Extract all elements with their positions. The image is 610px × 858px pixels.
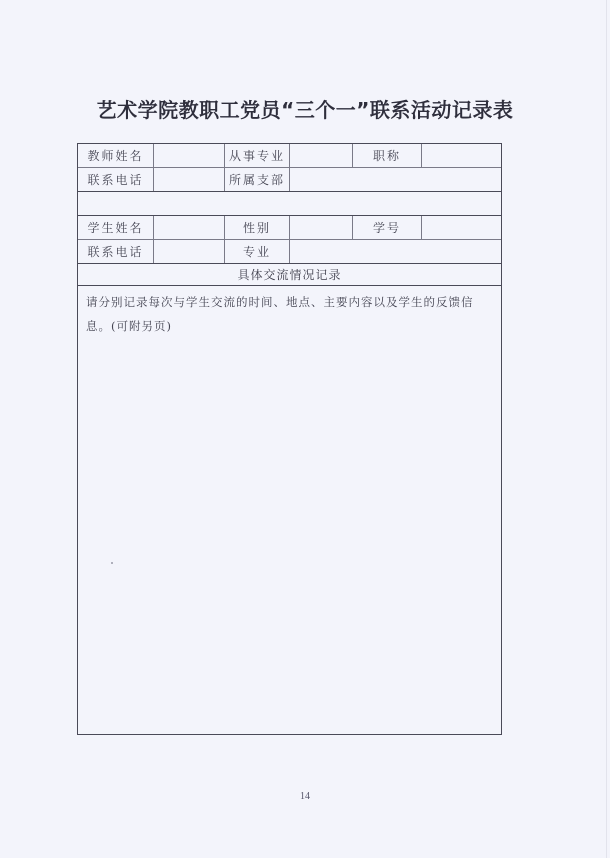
blank-separator-row	[78, 192, 501, 216]
student-major-field[interactable]	[290, 240, 501, 263]
teacher-phone-field[interactable]	[154, 168, 225, 191]
student-gender-label: 性别	[225, 216, 290, 239]
document-title: 艺术学院教职工党员“三个一”联系活动记录表	[0, 94, 610, 123]
record-section-heading: 具体交流情况记录	[78, 264, 501, 286]
student-row-2: 联系电话 专业	[78, 240, 501, 264]
student-gender-field[interactable]	[290, 216, 353, 239]
teacher-branch-field[interactable]	[290, 168, 501, 191]
scan-speck	[111, 562, 113, 564]
student-major-label: 专业	[225, 240, 290, 263]
teacher-title-label: 职称	[353, 144, 422, 167]
student-id-label: 学号	[353, 216, 422, 239]
teacher-phone-label: 联系电话	[78, 168, 154, 191]
teacher-row-2: 联系电话 所属支部	[78, 168, 501, 192]
student-name-label: 学生姓名	[78, 216, 154, 239]
student-row-1: 学生姓名 性别 学号	[78, 216, 501, 240]
teacher-major-label: 从事专业	[225, 144, 290, 167]
student-name-field[interactable]	[154, 216, 225, 239]
teacher-name-label: 教师姓名	[78, 144, 154, 167]
teacher-row-1: 教师姓名 从事专业 职称	[78, 144, 501, 168]
student-id-field[interactable]	[422, 216, 501, 239]
teacher-name-field[interactable]	[154, 144, 225, 167]
student-phone-label: 联系电话	[78, 240, 154, 263]
page-number: 14	[0, 791, 610, 802]
record-form: 教师姓名 从事专业 职称 联系电话 所属支部 学生姓名 性别 学号 联系电话 专…	[77, 143, 502, 735]
record-body[interactable]: 请分别记录每次与学生交流的时间、地点、主要内容以及学生的反馈信息。(可附另页)	[78, 286, 501, 734]
teacher-major-field[interactable]	[290, 144, 353, 167]
student-phone-field[interactable]	[154, 240, 225, 263]
teacher-title-field[interactable]	[422, 144, 501, 167]
teacher-branch-label: 所属支部	[225, 168, 290, 191]
record-instructions: 请分别记录每次与学生交流的时间、地点、主要内容以及学生的反馈信息。(可附另页)	[86, 290, 493, 338]
scan-page-edge	[606, 0, 607, 858]
